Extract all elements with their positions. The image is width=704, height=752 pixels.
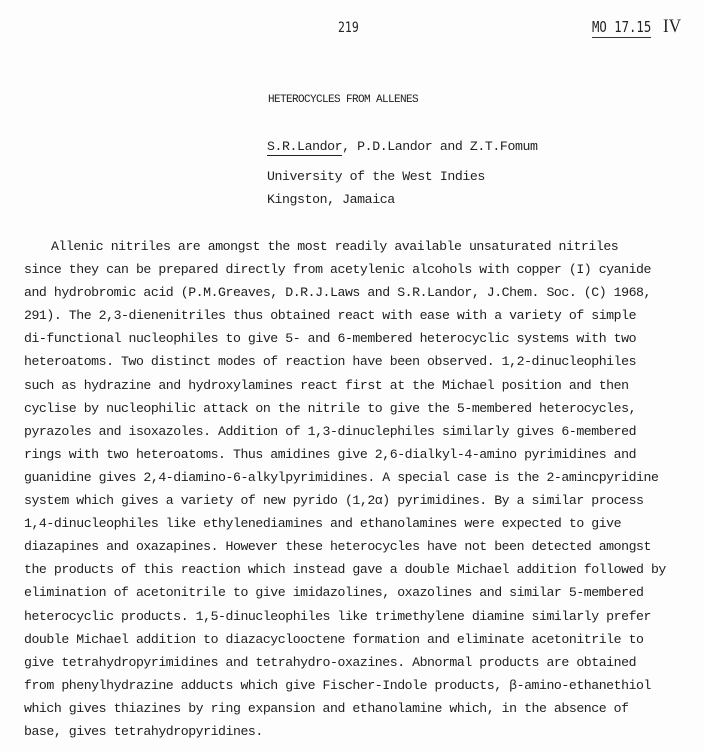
abstract-line: heterocyclic products. 1,5-dinucleophile… [24,605,704,628]
presenting-author: S.R.Landor [267,139,342,156]
affiliation-location: Kingston, Jamaica [267,192,395,207]
co-authors: , P.D.Landor and Z.T.Fomum [342,139,537,154]
abstract-line: di-functional nucleophiles to give 5- an… [24,327,704,350]
session-code: MO 17.15 IV [592,18,664,38]
abstract-line: 291). The 2,3-dienenitriles thus obtaine… [24,304,704,327]
abstract-line: and hydrobromic acid (P.M.Greaves, D.R.J… [24,281,704,304]
abstract-line: Allenic nitriles are amongst the most re… [24,235,704,258]
abstract-line: diazapines and oxazapines. However these… [24,535,704,558]
abstract-line: rings with two heteroatoms. Thus amidine… [24,443,704,466]
abstract-line: base, gives tetrahydropyridines. [24,720,704,743]
abstract-body: Allenic nitriles are amongst the most re… [24,235,704,743]
abstract-line: give tetrahydropyrimidines and tetrahydr… [24,651,704,674]
affiliation-institution: University of the West Indies [267,169,485,184]
session-roman-numeral: IV [663,16,681,38]
author-list: S.R.Landor, P.D.Landor and Z.T.Fomum [267,139,538,154]
page-number: 219 [338,20,359,36]
abstract-line: which gives thiazines by ring expansion … [24,697,704,720]
abstract-line: pyrazoles and isoxazoles. Addition of 1,… [24,420,704,443]
abstract-line: guanidine gives 2,4-diamino-6-alkylpyrim… [24,466,704,489]
abstract-line: heteroatoms. Two distinct modes of react… [24,350,704,373]
paper-title: HETEROCYCLES FROM ALLENES [268,94,418,106]
abstract-line: such as hydrazine and hydroxylamines rea… [24,374,704,397]
abstract-line: 1,4-dinucleophiles like ethylenediamines… [24,512,704,535]
abstract-line: from phenylhydrazine adducts which give … [24,674,704,697]
document-page: 219 MO 17.15 IV HETEROCYCLES FROM ALLENE… [0,0,704,752]
abstract-line: double Michael addition to diazacyclooct… [24,628,704,651]
abstract-line: system which gives a variety of new pyri… [24,489,704,512]
abstract-line: cyclise by nucleophilic attack on the ni… [24,397,704,420]
abstract-line: the products of this reaction which inst… [24,558,704,581]
session-code-number: MO 17.15 [592,19,651,38]
abstract-line: since they can be prepared directly from… [24,258,704,281]
abstract-line: elimination of acetonitrile to give imid… [24,581,704,604]
